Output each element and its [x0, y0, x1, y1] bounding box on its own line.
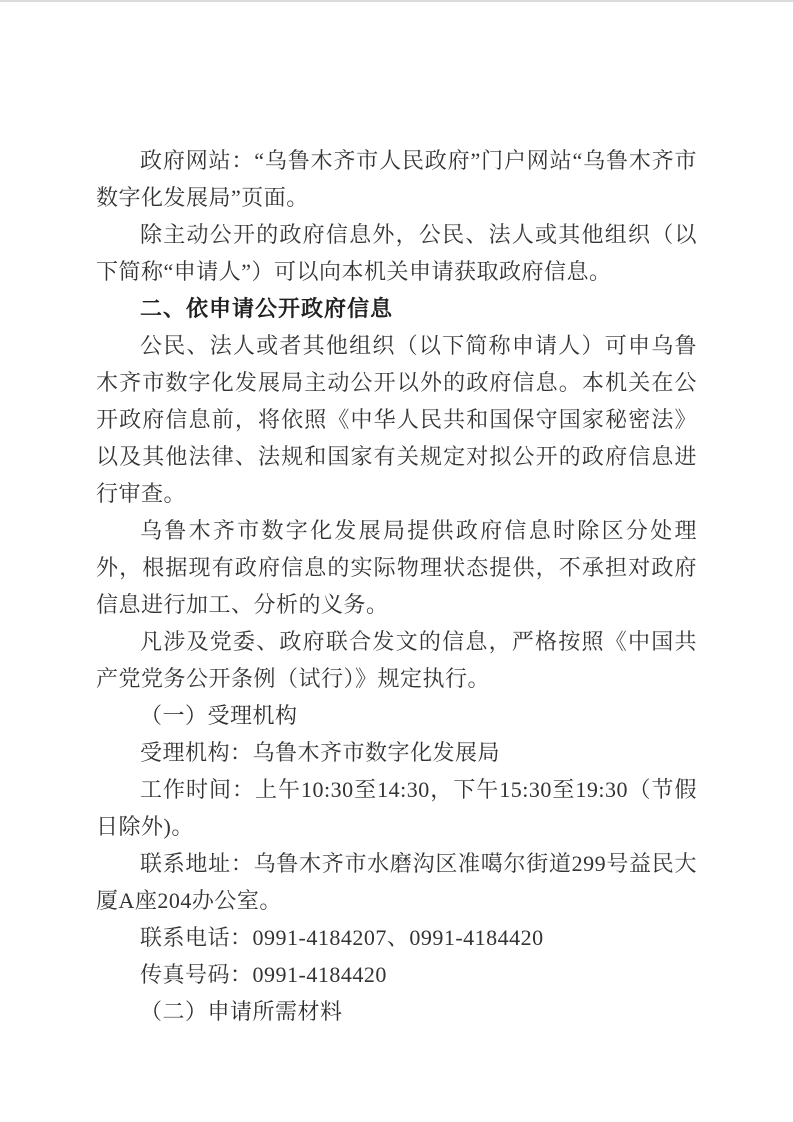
paragraph-citizens-may-apply: 公民、法人或者其他组织（以下简称申请人）可申乌鲁木齐市数字化发展局主动公开以外的…: [96, 327, 697, 512]
paragraph-government-website: 政府网站：“乌鲁木齐市人民政府”门户网站“乌鲁木齐市数字化发展局”页面。: [96, 142, 697, 216]
subheading-required-materials: （二）申请所需材料: [96, 993, 697, 1030]
section-heading-apply-disclosure: 二、依申请公开政府信息: [96, 290, 697, 327]
document-body: 政府网站：“乌鲁木齐市人民政府”门户网站“乌鲁木齐市数字化发展局”页面。 除主动…: [96, 142, 697, 1030]
detail-accepting-agency: 受理机构：乌鲁木齐市数字化发展局: [96, 734, 697, 771]
detail-working-hours: 工作时间：上午10:30至14:30，下午15:30至19:30（节假日除外)。: [96, 771, 697, 845]
paragraph-provision-physical-state: 乌鲁木齐市数字化发展局提供政府信息时除区分处理外，根据现有政府信息的实际物理状态…: [96, 512, 697, 623]
page-top-edge-line: [0, 0, 793, 2]
paragraph-besides-proactive: 除主动公开的政府信息外，公民、法人或其他组织（以下简称“申请人”）可以向本机关申…: [96, 216, 697, 290]
paragraph-party-committee-documents: 凡涉及党委、政府联合发文的信息，严格按照《中国共产党党务公开条例（试行）》规定执…: [96, 623, 697, 697]
detail-contact-address: 联系地址：乌鲁木齐市水磨沟区准噶尔街道299号益民大厦A座204办公室。: [96, 845, 697, 919]
detail-contact-phone: 联系电话：0991-4184207、0991-4184420: [96, 919, 697, 956]
document-page: { "page": { "background_color": "#ffffff…: [0, 0, 793, 1122]
detail-fax-number: 传真号码：0991-4184420: [96, 956, 697, 993]
subheading-accepting-agency: （一）受理机构: [96, 697, 697, 734]
